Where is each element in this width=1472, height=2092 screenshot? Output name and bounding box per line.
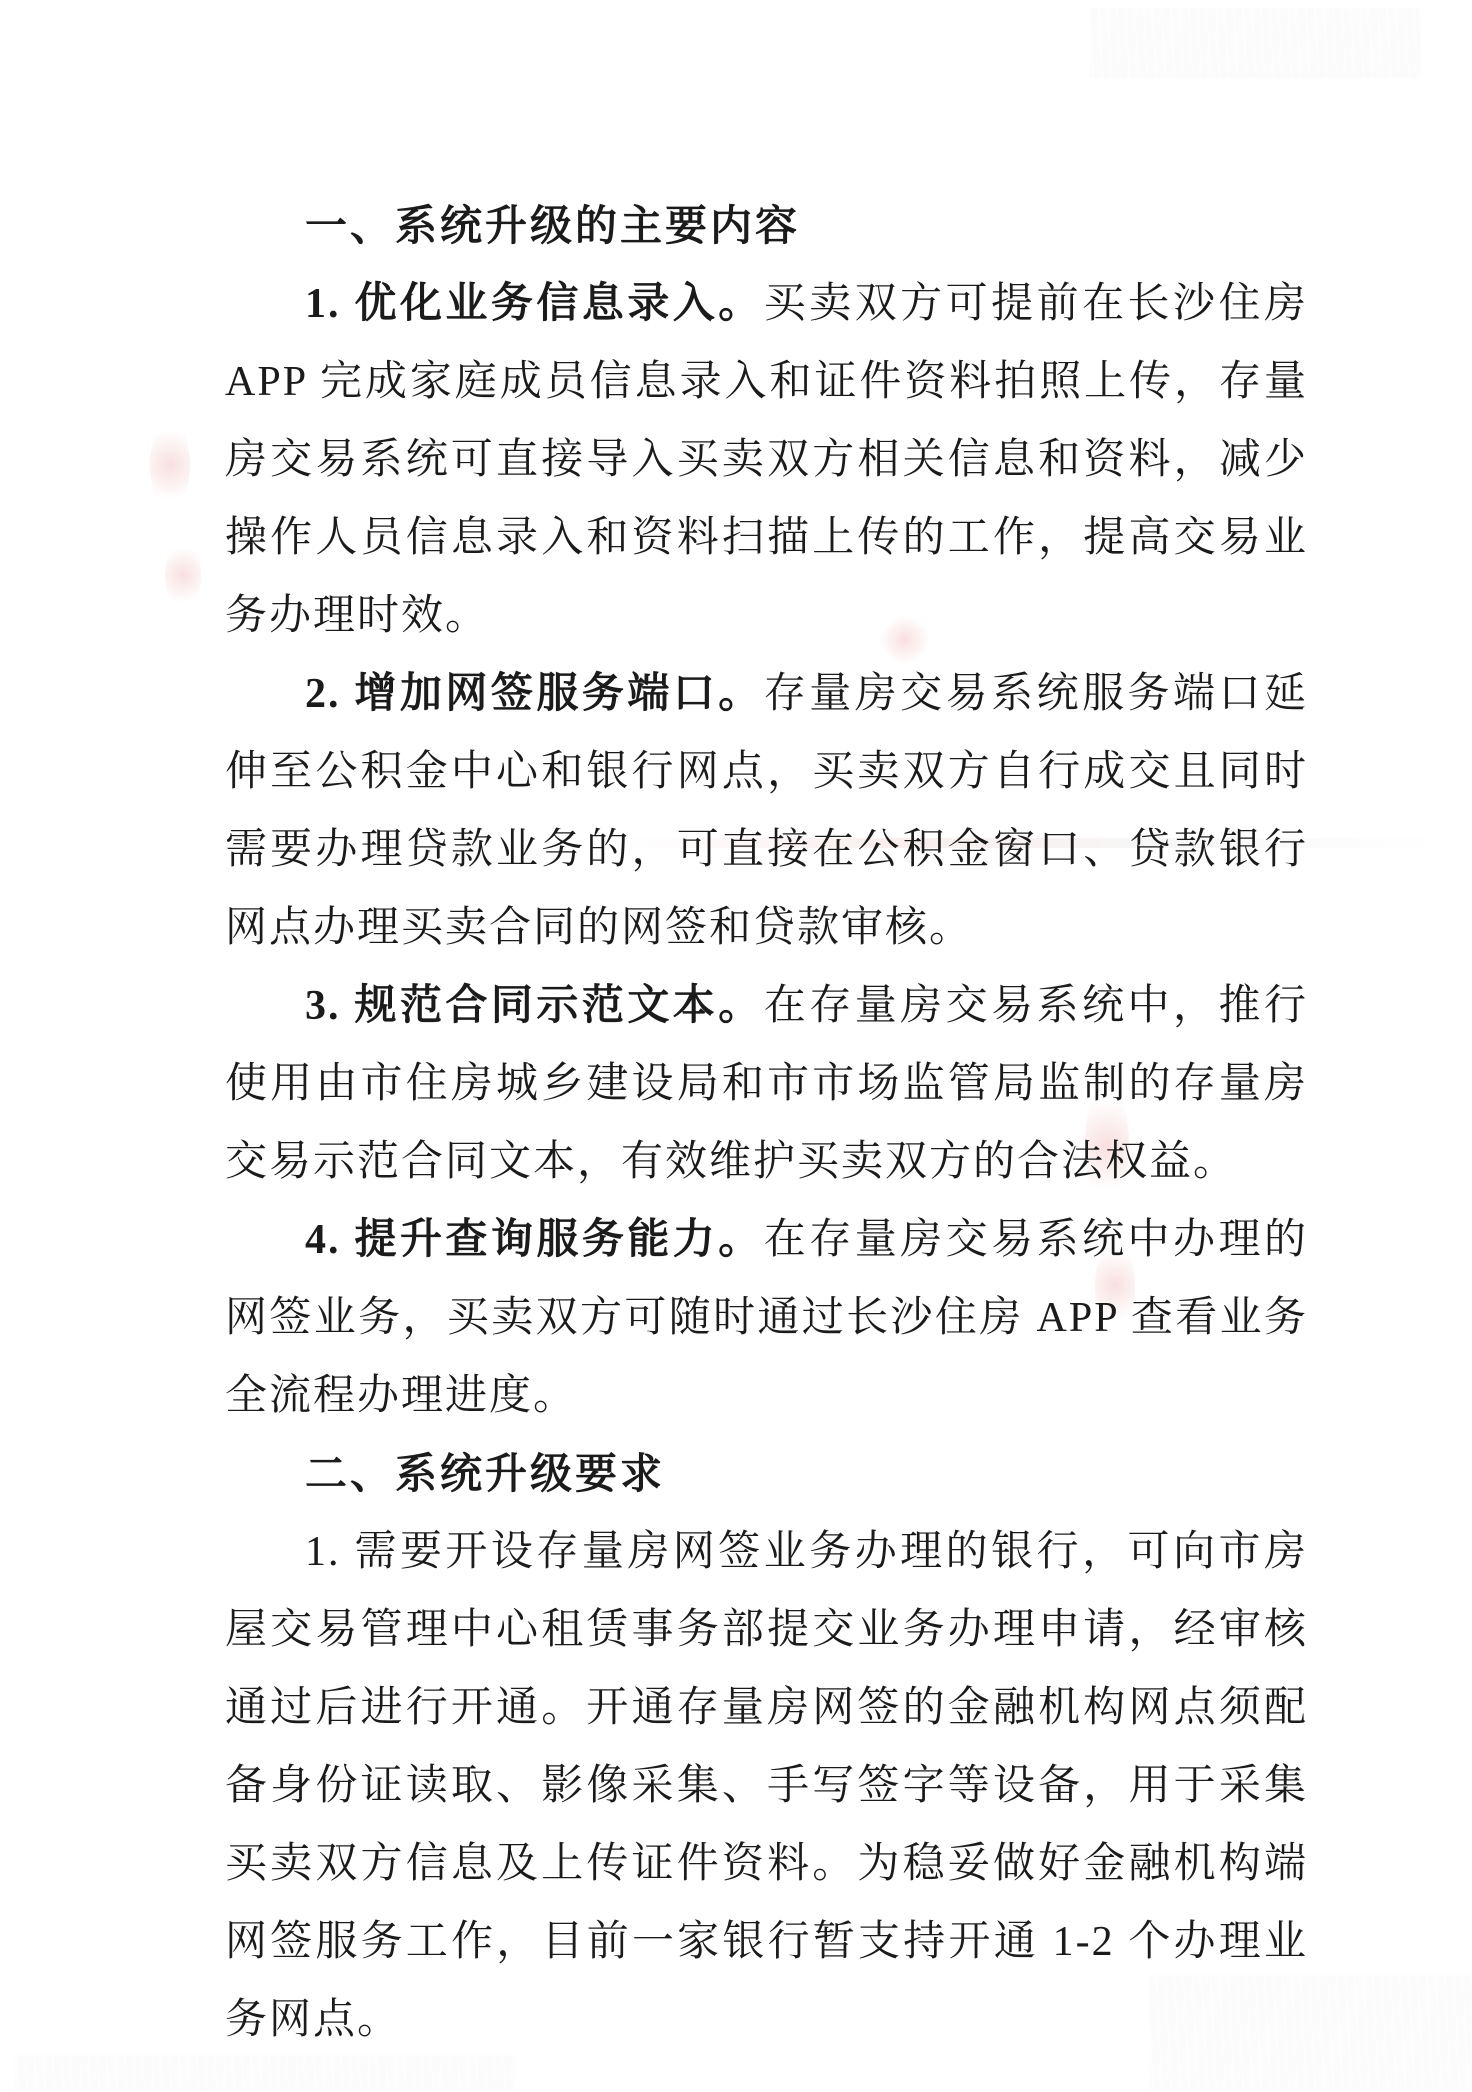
section-2-heading: 二、系统升级要求 xyxy=(225,1435,1308,1513)
document-page: 一、系统升级的主要内容 1. 优化业务信息录入。买卖双方可提前在长沙住房 APP… xyxy=(0,0,1472,2092)
section-1-paragraph-1: 1. 优化业务信息录入。买卖双方可提前在长沙住房 APP 完成家庭成员信息录入和… xyxy=(225,265,1308,655)
document-body: 一、系统升级的主要内容 1. 优化业务信息录入。买卖双方可提前在长沙住房 APP… xyxy=(225,187,1308,2059)
scan-noise-top-right xyxy=(1090,8,1420,78)
section-1-paragraph-3: 3. 规范合同示范文本。在存量房交易系统中，推行使用由市住房城乡建设局和市市场监… xyxy=(225,967,1308,1201)
section-2-paragraph-1: 1. 需要开设存量房网签业务办理的银行，可向市房屋交易管理中心租赁事务部提交业务… xyxy=(225,1513,1308,2059)
scan-speck xyxy=(150,420,190,510)
scan-speck xyxy=(165,540,201,610)
paragraph-1-text: 买卖双方可提前在长沙住房 APP 完成家庭成员信息录入和证件资料拍照上传，存量房… xyxy=(225,281,1308,639)
scan-noise-bottom-left xyxy=(15,2055,515,2090)
section-1-paragraph-4: 4. 提升查询服务能力。在存量房交易系统中办理的网签业务，买卖双方可随时通过长沙… xyxy=(225,1201,1308,1435)
section-1-paragraph-2: 2. 增加网签服务端口。存量房交易系统服务端口延伸至公积金中心和银行网点，买卖双… xyxy=(225,655,1308,967)
paragraph-1-lead: 1. 优化业务信息录入。 xyxy=(305,281,764,327)
section-2-paragraph-1-text: 1. 需要开设存量房网签业务办理的银行，可向市房屋交易管理中心租赁事务部提交业务… xyxy=(225,1529,1308,2043)
paragraph-4-lead: 4. 提升查询服务能力。 xyxy=(305,1217,764,1263)
paragraph-2-lead: 2. 增加网签服务端口。 xyxy=(305,671,764,717)
paragraph-3-lead: 3. 规范合同示范文本。 xyxy=(305,983,764,1029)
section-1-heading: 一、系统升级的主要内容 xyxy=(225,187,1308,265)
